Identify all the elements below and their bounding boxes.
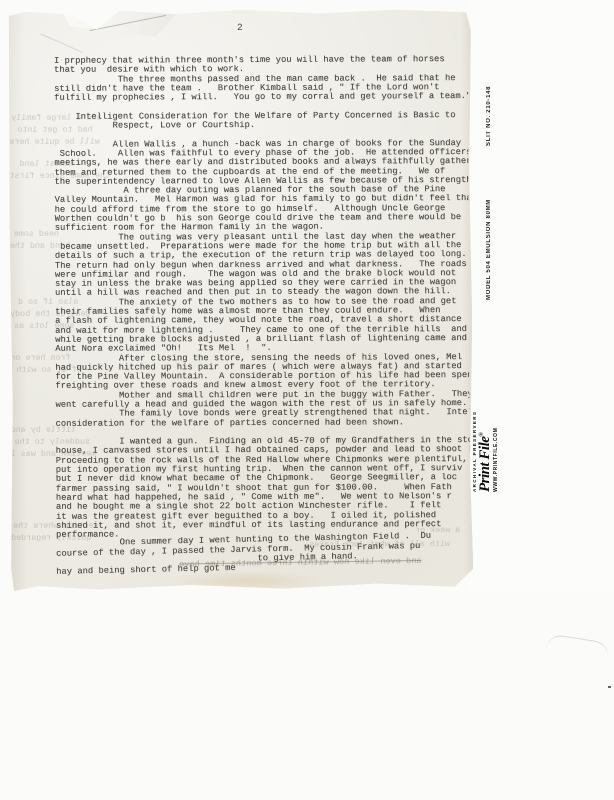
bleed-through-text: from here on [10,353,70,363]
bleed-through-text: almost land [19,159,74,169]
bleed-through-layer: and a large familyhad to get intowill be… [9,7,471,9]
film-edge-marking-middle: MODEL 504 EMULSION 80MM [486,180,492,300]
bleed-through-text: hand and the [10,241,70,251]
printfile-logo: Print File® [478,388,493,492]
bleed-through-text: deal as the body [10,309,90,319]
printfile-logo-text: Print File [477,437,493,492]
typed-lines: I prpphecy that within three month's tim… [54,55,470,577]
scanned-document-viewer: { "page": { "number": "2" }, "document":… [0,0,614,800]
paper-crease [41,34,84,53]
typed-line: Intelligent Consideration for the Welfar… [54,111,468,122]
film-edge-marking-top: SLIT NO. 210-148 [486,82,492,146]
bleed-through-text: the same since first [9,171,110,181]
bleed-through-text: some lots as [14,321,74,331]
sleeve-bottom-area [0,592,614,800]
bleed-through-text: and a large family [11,113,102,123]
bleed-through-text: need some [14,229,59,239]
printfile-brand-block: ARCHIVAL PRESERVERS Print File® WWW.PRIN… [466,386,506,494]
page-number: 2 [9,21,471,34]
bleed-through-text: suddenly to the [15,437,90,447]
registered-trademark-icon: ® [479,433,485,437]
typewritten-page: 2 I prpphecy that within three month's t… [9,7,474,591]
bleed-through-text: with all of what Jack Frakes [309,539,450,550]
ink-streak [127,8,167,12]
bleed-through-text: mention and was I [11,449,96,459]
bleed-through-text: also if so d [18,297,78,307]
bleed-through-text: of it so with [16,365,81,375]
bleed-through-text: little by and [11,425,76,435]
dust-speck [608,686,611,688]
bleed-through-text: a week or [415,525,460,535]
bleed-through-text: had to get into [17,125,92,135]
printfile-brand-inner: ARCHIVAL PRESERVERS Print File® WWW.PRIN… [468,388,504,492]
typed-line: shined it, and shot it, ever mindful of … [56,520,470,531]
bleed-through-text: quickly regarded [11,533,91,543]
printfile-url: WWW.PRINTFILE.COM [494,388,499,492]
bleed-through-text: will be quite here [9,137,100,147]
bleed-through-text: section where the [13,521,98,531]
ink-streak [179,9,195,11]
